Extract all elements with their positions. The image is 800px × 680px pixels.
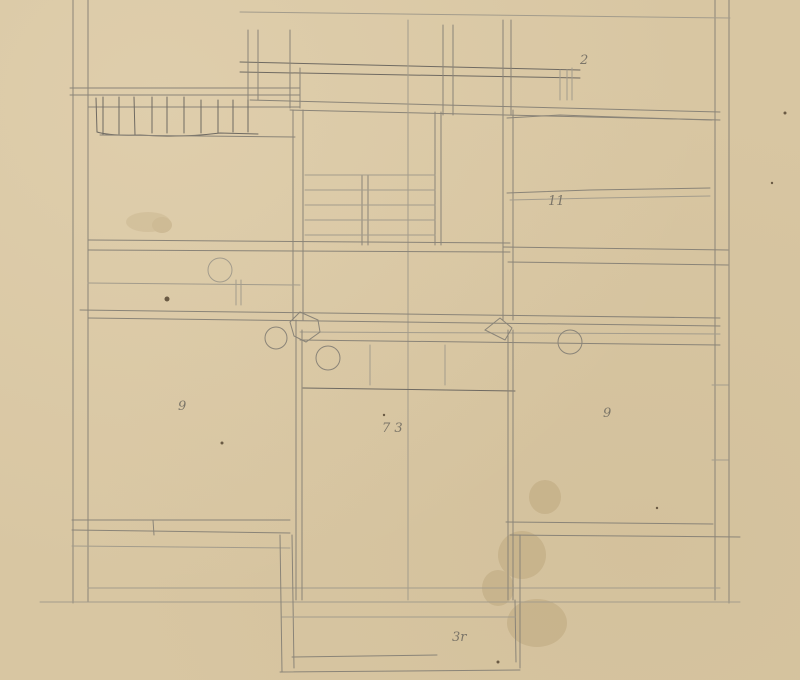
middle-band (80, 240, 720, 391)
note-right-room: 9 (603, 406, 611, 421)
outer-walls (40, 0, 740, 603)
central-core (293, 20, 513, 600)
note-top-right: 2 (579, 53, 588, 68)
stair-treads (96, 97, 295, 137)
floor-plan-drawing: 9 9 7 3 3r 2 11 (0, 0, 800, 680)
lower-rooms (72, 320, 740, 600)
drawing-sheet: 9 9 7 3 3r 2 11 (0, 0, 800, 680)
note-right-stair: 11 (548, 194, 565, 209)
bottom-porch (280, 535, 520, 672)
water-stains (126, 212, 567, 647)
annotations: 9 9 7 3 3r 2 11 (178, 53, 611, 645)
right-wing (503, 115, 728, 265)
note-bottom-porch: 3r (452, 630, 467, 645)
note-center-hall: 7 3 (382, 421, 403, 436)
note-left-room: 9 (178, 399, 186, 414)
paper-specks (165, 112, 787, 664)
